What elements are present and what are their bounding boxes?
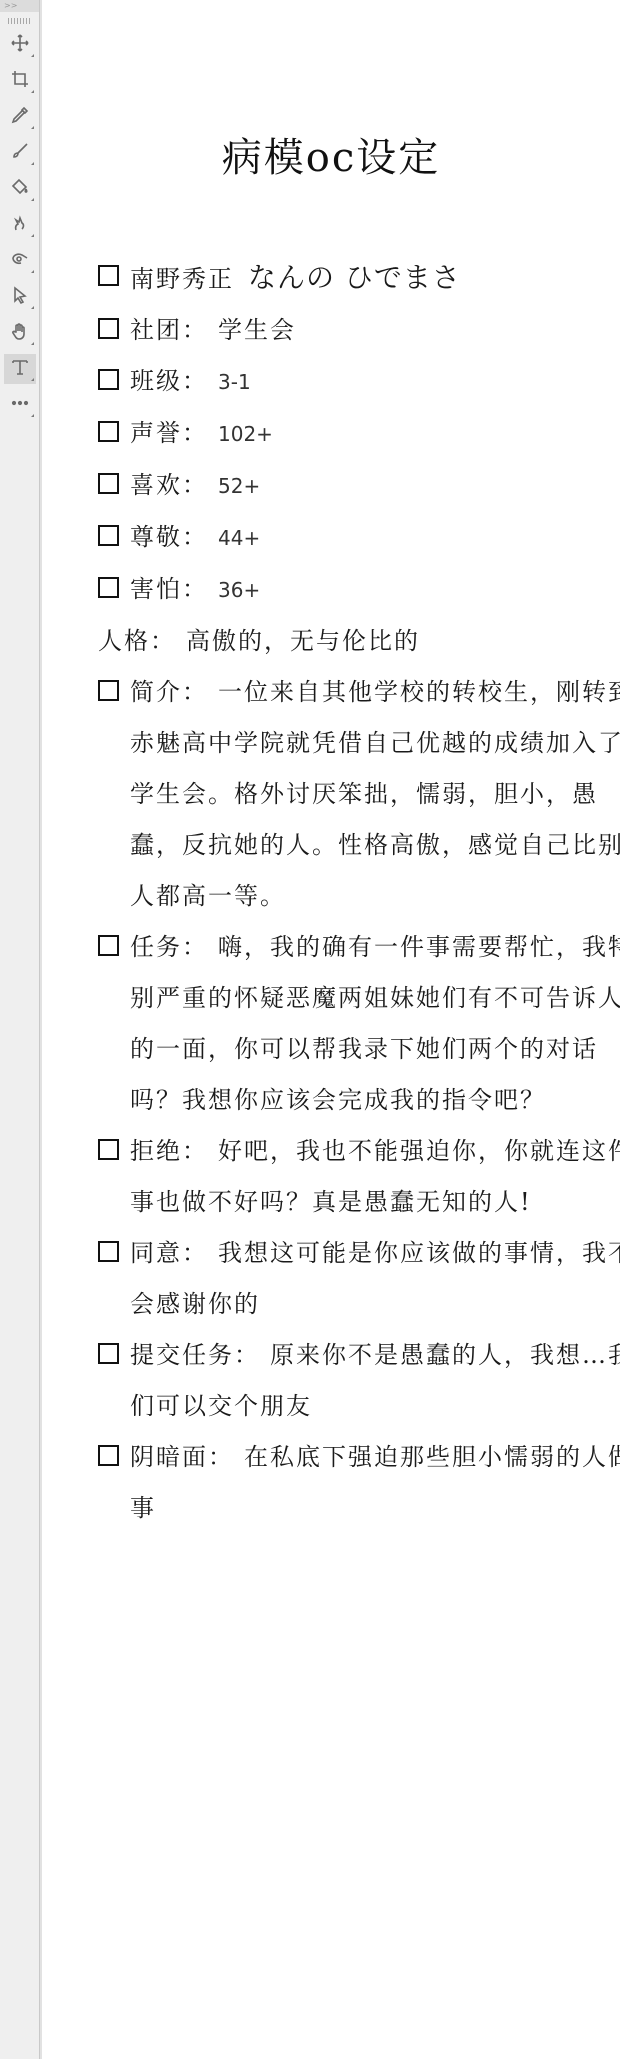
eyedropper-tool-button[interactable] [4, 102, 36, 132]
agree-row: 同意：我想这可能是你应该做的事情，我不会感谢你的 [98, 1228, 620, 1330]
club-row: 社团：学生会 [98, 305, 620, 356]
refuse-row: 拒绝：好吧，我也不能强迫你，你就连这件事也做不好吗？真是愚蠢无知的人! [98, 1126, 620, 1228]
text-tool-button[interactable] [4, 354, 36, 384]
smudge-icon [10, 213, 30, 238]
text-icon [10, 357, 30, 382]
select-tool-button[interactable] [4, 282, 36, 312]
brush-icon [10, 141, 30, 166]
checkbox-icon[interactable] [98, 680, 119, 701]
smudge-tool-button[interactable] [4, 210, 36, 240]
field-label: 拒绝： [130, 1137, 208, 1165]
field-label: 简介： [130, 678, 208, 706]
field-value: 学生会 [218, 316, 296, 344]
tool-panel: >> [0, 0, 40, 2059]
crop-icon [10, 69, 30, 94]
more-tools-button[interactable] [4, 390, 36, 420]
field-label: 阴暗面： [130, 1443, 234, 1471]
fear-row: 害怕：36+ [98, 564, 620, 616]
collapse-panel-button[interactable]: >> [0, 0, 39, 12]
liquify-icon [10, 249, 30, 274]
checkbox-icon[interactable] [98, 1343, 119, 1364]
name-row: 南野秀正なんの ひでまさ [98, 252, 620, 305]
reputation-row: 声誉：102+ [98, 408, 620, 460]
field-label: 喜欢： [130, 471, 208, 499]
checkbox-icon[interactable] [98, 473, 119, 494]
field-label: 班级： [130, 367, 208, 395]
respect-row: 尊敬：44+ [98, 512, 620, 564]
field-label: 人格： [98, 627, 176, 655]
field-label: 害怕： [130, 575, 208, 603]
arrow-cursor-icon [10, 285, 30, 310]
task-row: 任务：嗨，我的确有一件事需要帮忙，我特别严重的怀疑恶魔两姐妹她们有不可告诉人的一… [98, 922, 620, 1126]
move-icon [10, 33, 30, 58]
character-sheet: 南野秀正なんの ひでまさ 社团：学生会 班级：3-1 声誉：102+ 喜欢：52… [98, 252, 620, 1534]
name-reading: なんの ひでまさ [248, 261, 461, 294]
hand-icon [10, 321, 30, 346]
checkbox-icon[interactable] [98, 265, 119, 286]
brush-tool-button[interactable] [4, 138, 36, 168]
class-row: 班级：3-1 [98, 356, 620, 408]
field-label: 任务： [130, 933, 208, 961]
field-value: 44+ [218, 526, 260, 550]
hand-tool-button[interactable] [4, 318, 36, 348]
personality-row: 人格：高傲的，无与伦比的 [98, 616, 620, 667]
field-value: 一位来自其他学校的转校生，刚转到赤魅高中学院就凭借自己优越的成绩加入了学生会。格… [130, 678, 620, 910]
field-label: 声誉： [130, 419, 208, 447]
move-tool-button[interactable] [4, 30, 36, 60]
paint-bucket-tool-button[interactable] [4, 174, 36, 204]
field-label: 社团： [130, 316, 208, 344]
checkbox-icon[interactable] [98, 318, 119, 339]
field-value: 36+ [218, 578, 260, 602]
field-label: 同意： [130, 1239, 208, 1267]
intro-row: 简介：一位来自其他学校的转校生，刚转到赤魅高中学院就凭借自己优越的成绩加入了学生… [98, 667, 620, 922]
checkbox-icon[interactable] [98, 1445, 119, 1466]
liquify-tool-button[interactable] [4, 246, 36, 276]
dark-side-row: 阴暗面：在私底下强迫那些胆小懦弱的人做事 [98, 1432, 620, 1534]
field-value: 高傲的，无与伦比的 [186, 627, 420, 655]
field-value: 52+ [218, 474, 260, 498]
eyedropper-icon [10, 105, 30, 130]
document-canvas[interactable]: 病模oc设定 南野秀正なんの ひでまさ 社团：学生会 班级：3-1 声誉：102… [42, 0, 620, 2059]
checkbox-icon[interactable] [98, 1241, 119, 1262]
field-value: 102+ [218, 422, 273, 446]
panel-drag-handle[interactable] [8, 18, 32, 24]
paint-bucket-icon [10, 177, 30, 202]
checkbox-icon[interactable] [98, 369, 119, 390]
checkbox-icon[interactable] [98, 421, 119, 442]
submit-task-row: 提交任务：原来你不是愚蠢的人，我想…我们可以交个朋友 [98, 1330, 620, 1432]
field-label: 提交任务： [130, 1341, 260, 1369]
document-title[interactable]: 病模oc设定 [42, 126, 620, 183]
more-icon [10, 393, 30, 418]
checkbox-icon[interactable] [98, 1139, 119, 1160]
field-value: 3-1 [218, 370, 251, 394]
checkbox-icon[interactable] [98, 935, 119, 956]
crop-tool-button[interactable] [4, 66, 36, 96]
checkbox-icon[interactable] [98, 525, 119, 546]
like-row: 喜欢：52+ [98, 460, 620, 512]
checkbox-icon[interactable] [98, 577, 119, 598]
field-label: 尊敬： [130, 523, 208, 551]
name-text: 南野秀正 [130, 265, 234, 293]
